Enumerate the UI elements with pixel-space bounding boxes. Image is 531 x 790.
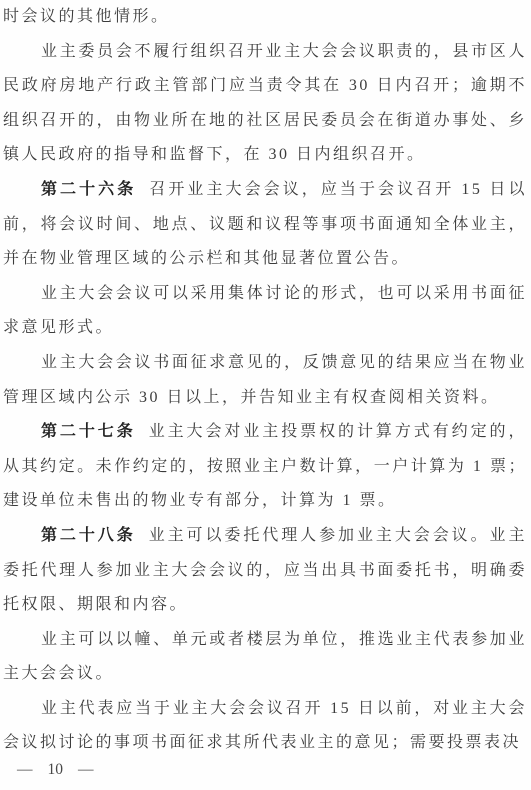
footer-dash-left: — xyxy=(17,761,33,779)
footer-dash-right: — xyxy=(78,761,94,779)
body-paragraph: 业主委员会不履行组织召开业主大会会议职责的，县市区人民政府房地产行政主管部门应当… xyxy=(3,35,527,173)
body-paragraph: 业主大会会议书面征求意见的，反馈意见的结果应当在物业管理区域内公示 30 日以上… xyxy=(3,346,527,415)
paragraph-text: 业主大会会议可以采用集体讨论的形式，也可以采用书面征求意见形式。 xyxy=(3,285,527,337)
body-paragraph: 业主可以以幢、单元或者楼层为单位，推选业主代表参加业主大会会议。 xyxy=(3,623,527,692)
paragraph-text: 业主委员会不履行组织召开业主大会会议职责的，县市区人民政府房地产行政主管部门应当… xyxy=(3,43,527,164)
body-paragraph: 业主代表应当于业主大会会议召开 15 日以前，对业主大会会议拟讨论的事项书面征求… xyxy=(3,692,527,761)
article-number: 第二十七条 xyxy=(41,423,136,440)
page-footer: — 10 — xyxy=(17,761,94,779)
paragraph-text: 业主可以以幢、单元或者楼层为单位，推选业主代表参加业主大会会议。 xyxy=(3,631,527,683)
article-paragraph: 第二十七条业主大会对业主投票权的计算方式有约定的，从其约定。未作约定的，按照业主… xyxy=(3,415,527,519)
document-page: 时会议的其他情形。业主委员会不履行组织召开业主大会会议职责的，县市区人民政府房地… xyxy=(0,0,531,761)
paragraph-text: 时会议的其他情形。 xyxy=(3,8,170,25)
paragraph-text: 业主大会会议书面征求意见的，反馈意见的结果应当在物业管理区域内公示 30 日以上… xyxy=(3,354,527,406)
document-body: 时会议的其他情形。业主委员会不履行组织召开业主大会会议职责的，县市区人民政府房地… xyxy=(0,0,531,761)
article-number: 第二十八条 xyxy=(41,527,136,544)
article-number: 第二十六条 xyxy=(41,181,136,198)
body-paragraph: 业主大会会议可以采用集体讨论的形式，也可以采用书面征求意见形式。 xyxy=(3,277,527,346)
article-paragraph: 第二十六条召开业主大会会议，应当于会议召开 15 日以前，将会议时间、地点、议题… xyxy=(3,173,527,277)
article-paragraph: 第二十八条业主可以委托代理人参加业主大会会议。业主委托代理人参加业主大会会议的，… xyxy=(3,519,527,623)
paragraph-text: 业主代表应当于业主大会会议召开 15 日以前，对业主大会会议拟讨论的事项书面征求… xyxy=(3,700,527,752)
page-number: 10 xyxy=(48,761,64,779)
body-paragraph: 时会议的其他情形。 xyxy=(3,0,527,35)
